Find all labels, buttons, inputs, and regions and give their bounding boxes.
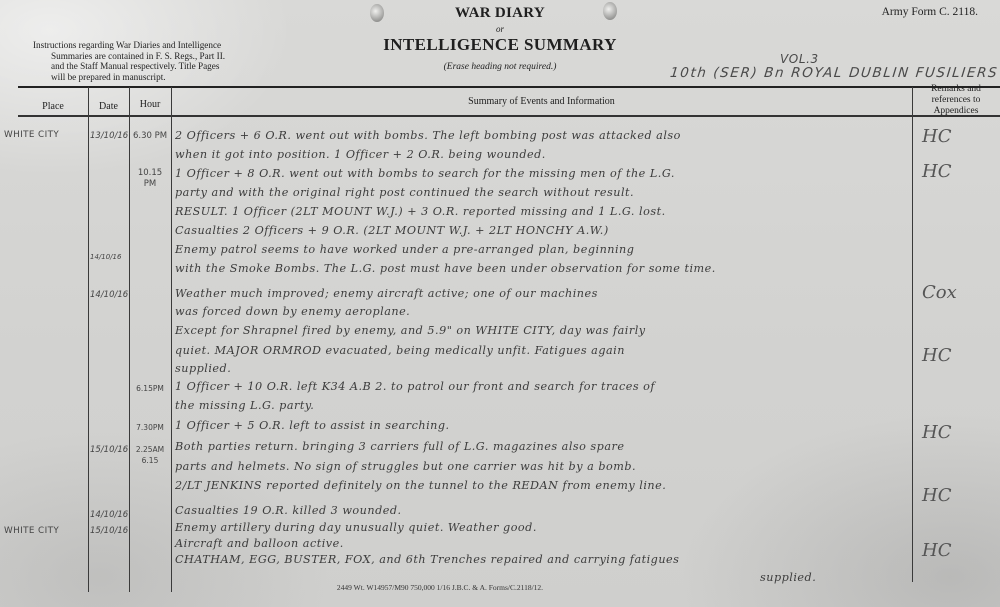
- summary-line: 1 Officer + 5 O.R. left to assist in sea…: [175, 419, 450, 432]
- summary-line: CHATHAM, EGG, BUSTER, FOX, and 6th Trenc…: [175, 553, 679, 566]
- unit-name: 10th (SER) Bn ROYAL DUBLIN FUSILIERS: [669, 65, 999, 81]
- hour-entry: 6.15PM: [132, 383, 168, 394]
- summary-line: Aircraft and balloon active.: [175, 537, 344, 550]
- hour-entry: 10.15 PM: [132, 168, 168, 190]
- summary-line: Except for Shrapnel fired by enemy, and …: [175, 324, 646, 337]
- table-top-rule: [18, 86, 1000, 88]
- date-entry: 15/10/16: [90, 445, 128, 455]
- title-intelligence-summary: INTELLIGENCE SUMMARY: [0, 35, 1000, 55]
- date-entry: 15/10/16: [90, 526, 128, 536]
- summary-line: Enemy artillery during day unusually qui…: [175, 521, 537, 534]
- remarks-initials: HC: [922, 126, 951, 147]
- remarks-initials: HC: [922, 540, 951, 561]
- summary-line: 1 Officer + 10 O.R. left K34 A.B 2. to p…: [175, 380, 655, 393]
- summary-line: Enemy patrol seems to have worked under …: [175, 243, 634, 256]
- summary-line: Casualties 2 Officers + 9 O.R. (2LT MOUN…: [175, 224, 609, 237]
- header-date: Date: [88, 101, 129, 112]
- summary-line: parts and helmets. No sign of struggles …: [175, 460, 636, 473]
- hour-entry: 2.25AM 6.15: [132, 444, 168, 466]
- remarks-initials: HC: [922, 345, 951, 366]
- army-form-number: Army Form C. 2118.: [882, 6, 978, 18]
- summary-line: Weather much improved; enemy aircraft ac…: [175, 287, 598, 300]
- table-header-rule: [18, 115, 1000, 117]
- place-entry: WHITE CITY: [4, 130, 59, 140]
- summary-line: with the Smoke Bombs. The L.G. post must…: [175, 262, 716, 275]
- place-entry: WHITE CITY: [4, 526, 59, 536]
- remarks-initials: HC: [922, 485, 951, 506]
- header-place: Place: [18, 101, 88, 112]
- summary-line: 1 Officer + 8 O.R. went out with bombs t…: [175, 167, 675, 180]
- date-entry: 13/10/16: [90, 131, 128, 141]
- hour-entry: 7.30PM: [132, 422, 168, 433]
- date-entry: 14/10/16: [90, 510, 128, 520]
- date-entry: 14/10/16: [90, 290, 128, 300]
- title-or: or: [0, 24, 1000, 34]
- remarks-initials: Cox: [922, 282, 957, 303]
- summary-line: supplied.: [175, 362, 231, 375]
- instructions-line: will be prepared in manuscript.: [33, 72, 263, 83]
- header-remarks: Remarks and references to Appendices: [912, 84, 1000, 117]
- column-divider: [129, 87, 130, 592]
- summary-line: Both parties return. bringing 3 carriers…: [175, 440, 624, 453]
- summary-line: party and with the original right post c…: [175, 186, 634, 199]
- column-divider: [88, 87, 89, 592]
- header-remarks-line: Remarks and: [912, 84, 1000, 95]
- date-entry: 14/10/16: [90, 253, 121, 261]
- summary-line: quiet. MAJOR ORMROD evacuated, being med…: [175, 344, 625, 357]
- summary-line: the missing L.G. party.: [175, 399, 314, 412]
- header-remarks-line: references to: [912, 95, 1000, 106]
- hour-entry: 6.30 PM: [132, 131, 168, 142]
- header-hour: Hour: [129, 99, 171, 110]
- summary-line: 2/LT JENKINS reported definitely on the …: [175, 479, 666, 492]
- remarks-initials: HC: [922, 161, 951, 182]
- summary-line: RESULT. 1 Officer (2LT MOUNT W.J.) + 3 O…: [175, 205, 666, 218]
- remarks-initials: HC: [922, 422, 951, 443]
- summary-line: was forced down by enemy aeroplane.: [175, 305, 410, 318]
- form-print-footer: 2449 Wt. W14957/M90 750,000 1/16 J.B.C. …: [0, 583, 1000, 592]
- summary-line: 2 Officers + 6 O.R. went out with bombs.…: [175, 129, 681, 142]
- column-divider: [912, 87, 913, 582]
- summary-line: when it got into position. 1 Officer + 2…: [175, 148, 546, 161]
- title-war-diary: WAR DIARY: [0, 5, 1000, 22]
- volume-number: VOL.3: [780, 52, 819, 66]
- summary-line: Casualties 19 O.R. killed 3 wounded.: [175, 504, 402, 517]
- header-summary: Summary of Events and Information: [171, 96, 912, 107]
- column-divider: [171, 87, 172, 592]
- header-remarks-line: Appendices: [912, 106, 1000, 117]
